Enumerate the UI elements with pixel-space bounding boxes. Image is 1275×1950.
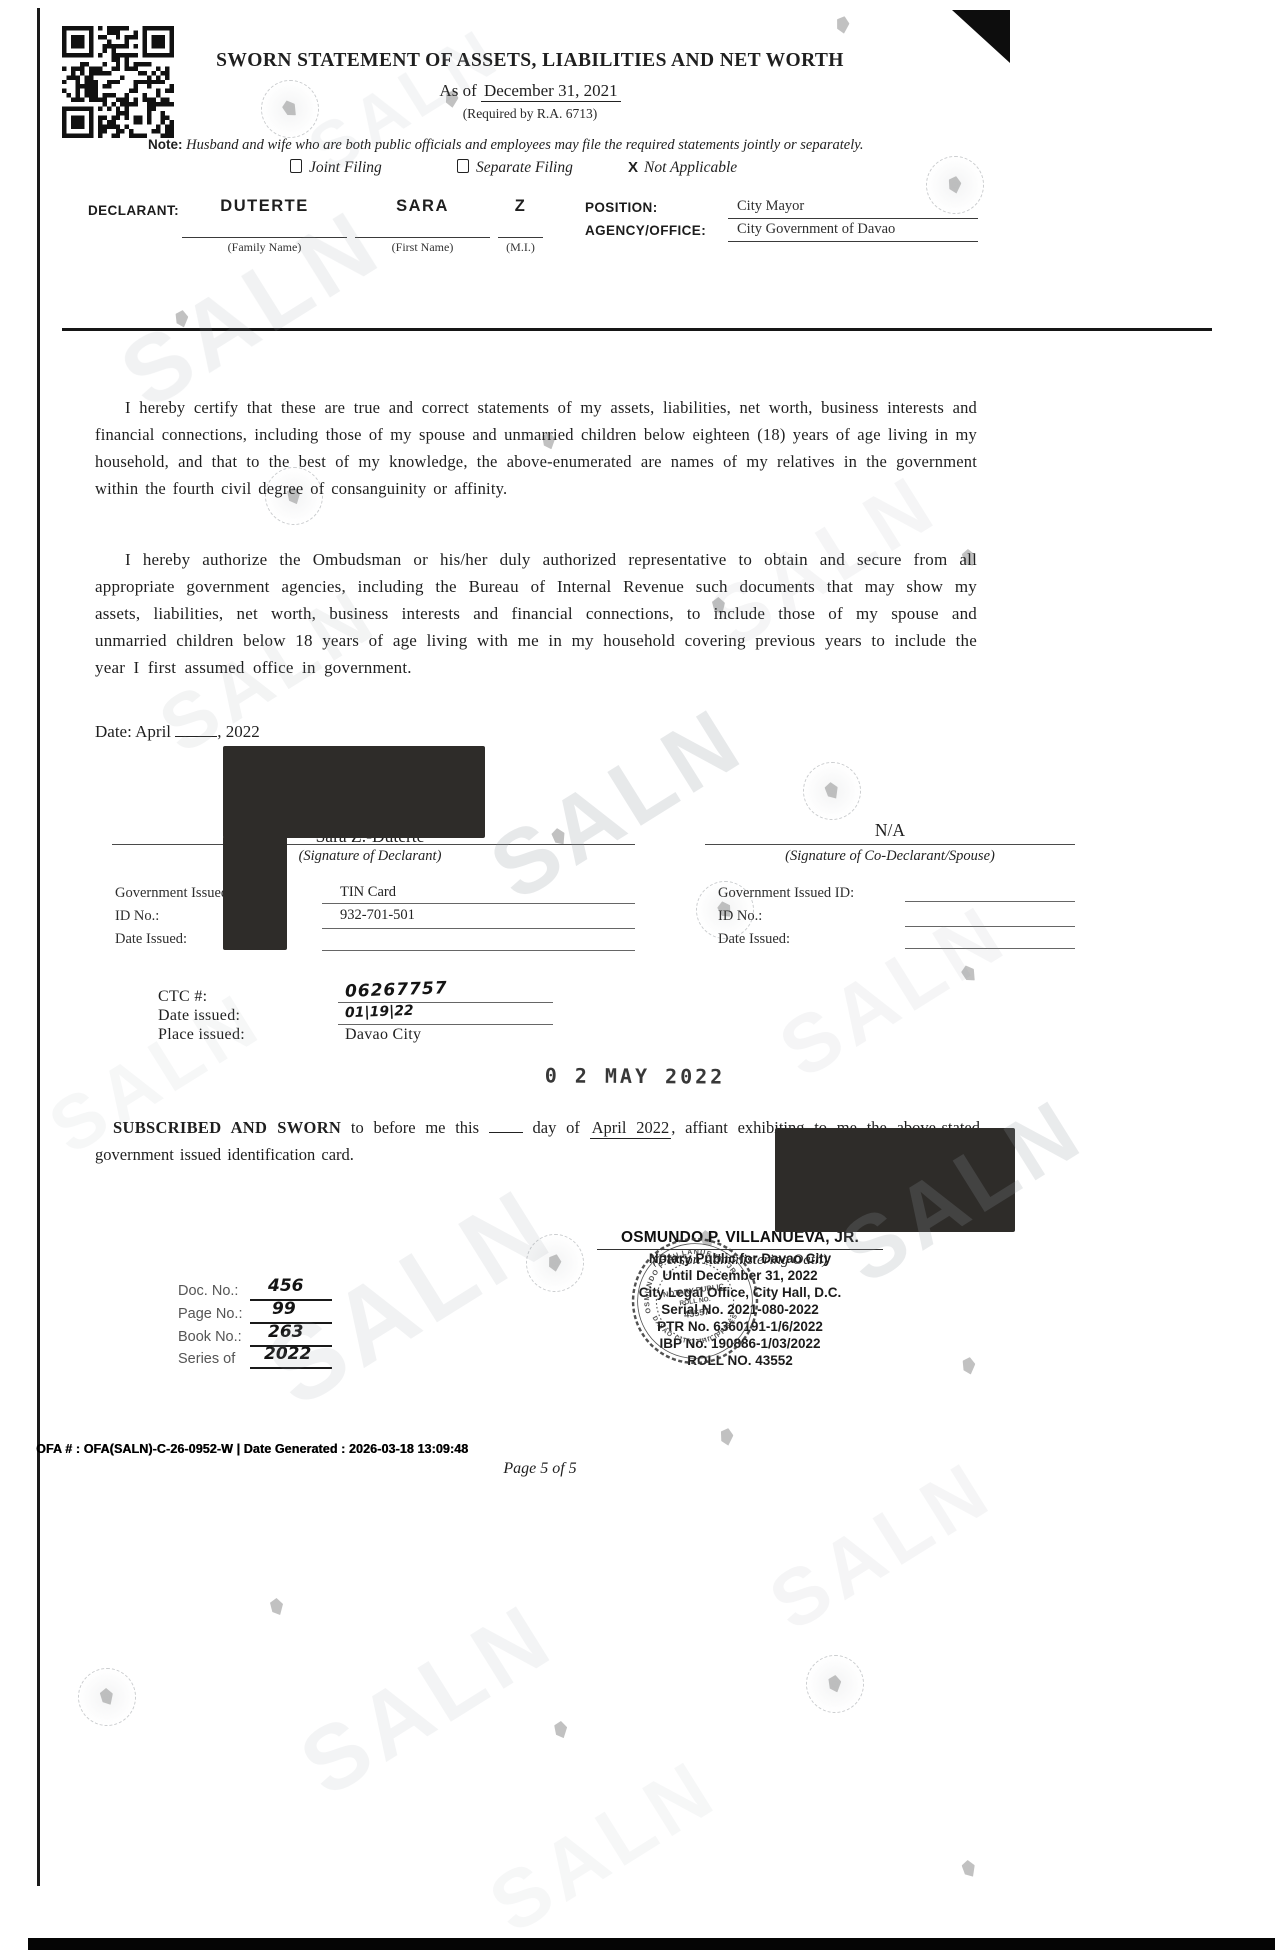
dove-watermark [546, 1253, 563, 1273]
as-of-date: December 31, 2021 [481, 81, 621, 102]
middle-initial-caption: (M.I.) [498, 240, 543, 255]
redaction-strip-signature [223, 836, 287, 950]
spouse-gov-id-label: Government Issued ID: [718, 885, 854, 902]
emblem-watermark [803, 762, 861, 820]
dove-watermark [960, 963, 978, 983]
saln-watermark: SALN [474, 1742, 733, 1950]
declarant-gov-id-value: TIN Card [340, 884, 396, 901]
page-corner-fold [952, 10, 1010, 63]
agency-value: City Government of Davao [737, 221, 895, 238]
section-divider-rule [62, 328, 1212, 331]
certification-paragraph-2: I hereby authorize the Ombudsman or his/… [95, 546, 977, 681]
book-no-value: 263 [268, 1322, 304, 1342]
page-number: Page 5 of 5 [440, 1460, 640, 1478]
dove-watermark [961, 1859, 976, 1877]
dove-watermark [824, 781, 839, 799]
spouse-date-issued-line [905, 948, 1075, 949]
jurat-date: April 2022 [590, 1118, 672, 1139]
checkbox-icon [290, 159, 302, 173]
date-day-blank [175, 722, 217, 737]
page-no-line: 99 [250, 1303, 332, 1324]
dove-watermark [834, 15, 851, 35]
checkbox-icon [457, 159, 469, 173]
seal-center-line1: NOTARY PUBLIC [662, 1282, 725, 1300]
date-suffix: , 2022 [217, 722, 260, 741]
first-name-line [355, 237, 490, 238]
position-value: City Mayor [737, 198, 804, 215]
ctc-number-label: CTC #: [158, 988, 207, 1006]
declarant-id-no-label: ID No.: [115, 908, 159, 925]
dove-watermark [270, 1598, 283, 1615]
declarant-id-no-line [322, 928, 635, 929]
filing-option-joint: Joint Filing [290, 159, 382, 177]
doc-no-line: 456 [250, 1280, 332, 1301]
doc-no-label: Doc. No.: [178, 1283, 238, 1299]
spouse-id-no-label: ID No.: [718, 908, 762, 925]
declarant-family-name: DUTERTE [182, 197, 347, 216]
jurat-t2: day of [523, 1118, 590, 1137]
ctc-date-issued-label: Date issued: [158, 1007, 240, 1025]
series-of-value: 2022 [264, 1344, 311, 1364]
filing-option-label: Joint Filing [309, 159, 382, 176]
declarant-signature-line [112, 844, 635, 845]
emblem-watermark [78, 1668, 136, 1726]
dove-watermark [961, 1356, 976, 1375]
emblem-watermark [806, 1655, 864, 1713]
saln-watermark: SALN [754, 1443, 1008, 1649]
declarant-middle-initial: Z [498, 197, 543, 216]
spouse-gov-id-line [905, 901, 1075, 902]
series-of-line: 2022 [250, 1348, 332, 1369]
spouse-signature-name: N/A [705, 820, 1075, 841]
jurat-t1: to before me this [341, 1118, 489, 1137]
spouse-date-issued-label: Date Issued: [718, 931, 790, 948]
ctc-number-value: 06267757 [345, 978, 448, 1002]
document-title: SWORN STATEMENT OF ASSETS, LIABILITIES A… [150, 50, 910, 72]
spouse-signature-line [705, 844, 1075, 845]
family-name-line [182, 237, 347, 238]
ctc-number-line [338, 1002, 553, 1003]
required-by: (Required by R.A. 6713) [150, 106, 910, 122]
ofa-reference-line: OFA # : OFA(SALN)-C-26-0952-W | Date Gen… [36, 1442, 468, 1456]
dove-watermark [100, 1688, 114, 1706]
saln-watermark: SALN [764, 887, 1023, 1098]
dove-watermark [554, 1721, 568, 1739]
received-date-stamp: 0 2 MAY 2022 [540, 1063, 730, 1088]
declarant-first-name: SARA [355, 197, 490, 216]
emblem-watermark [926, 156, 984, 214]
ctc-place-issued-value: Davao City [345, 1026, 421, 1044]
book-no-label: Book No.: [178, 1329, 242, 1345]
dove-watermark [174, 309, 189, 328]
certification-paragraph-1: I hereby certify that these are true and… [95, 394, 977, 502]
page-no-value: 99 [272, 1299, 296, 1319]
date-prefix: Date: April [95, 722, 171, 741]
page-no-label: Page No.: [178, 1306, 243, 1322]
declarant-date-issued-label: Date Issued: [115, 931, 187, 948]
position-line [728, 218, 978, 219]
middle-initial-line [498, 237, 543, 238]
ctc-date-issued-line [338, 1024, 553, 1025]
ctc-date-issued-value: 01|19|22 [345, 1003, 414, 1021]
position-label: POSITION: [585, 200, 658, 215]
family-name-caption: (Family Name) [182, 240, 347, 255]
as-of-line: As of December 31, 2021 [150, 81, 910, 101]
agency-line [728, 241, 978, 242]
as-of-prefix: As of [439, 81, 476, 100]
declarant-label: DECLARANT: [88, 203, 179, 218]
dove-watermark [946, 175, 962, 194]
date-line: Date: April , 2022 [95, 722, 260, 742]
filing-option-label: Separate Filing [476, 159, 573, 176]
scan-bottom-bar [28, 1938, 1275, 1950]
spouse-id-no-line [905, 926, 1075, 927]
saln-watermark: SALN [283, 1583, 571, 1817]
jurat-bold: SUBSCRIBED AND SWORN [113, 1118, 341, 1137]
agency-label: AGENCY/OFFICE: [585, 223, 706, 238]
note-label: Note: [148, 137, 183, 152]
jurat-day-blank [489, 1118, 523, 1133]
filing-option-not-applicable: XNot Applicable [628, 159, 737, 177]
seal-center-line3: 43557 [683, 1306, 710, 1319]
x-mark-icon: X [628, 159, 638, 176]
filing-option-separate: Separate Filing [457, 159, 573, 177]
scan-edge-line [37, 8, 40, 1886]
declarant-date-issued-line [322, 950, 635, 951]
dove-watermark [827, 1674, 842, 1692]
declarant-id-no-value: 932-701-501 [340, 907, 415, 924]
redaction-box-signature [223, 746, 485, 838]
note-line: Note: Husband and wife who are both publ… [148, 137, 918, 154]
notary-seal-stamp: OSMUNDO P. VILLANUEVA, JR. DAVAO CITY, P… [622, 1228, 769, 1375]
spouse-signature-caption: (Signature of Co-Declarant/Spouse) [705, 848, 1075, 865]
seal-center-line2: ROLL NO. [679, 1296, 711, 1307]
series-of-label: Series of [178, 1351, 235, 1367]
saln-document-page: SWORN STATEMENT OF ASSETS, LIABILITIES A… [0, 0, 1275, 1950]
redaction-box-notary-area [775, 1128, 1015, 1232]
dove-watermark [718, 1427, 734, 1446]
doc-no-value: 456 [268, 1276, 304, 1296]
declarant-gov-id-line [322, 903, 635, 904]
note-text: Husband and wife who are both public off… [186, 137, 863, 153]
filing-option-label: Not Applicable [644, 159, 737, 176]
first-name-caption: (First Name) [355, 240, 490, 255]
ctc-place-issued-label: Place issued: [158, 1026, 245, 1044]
